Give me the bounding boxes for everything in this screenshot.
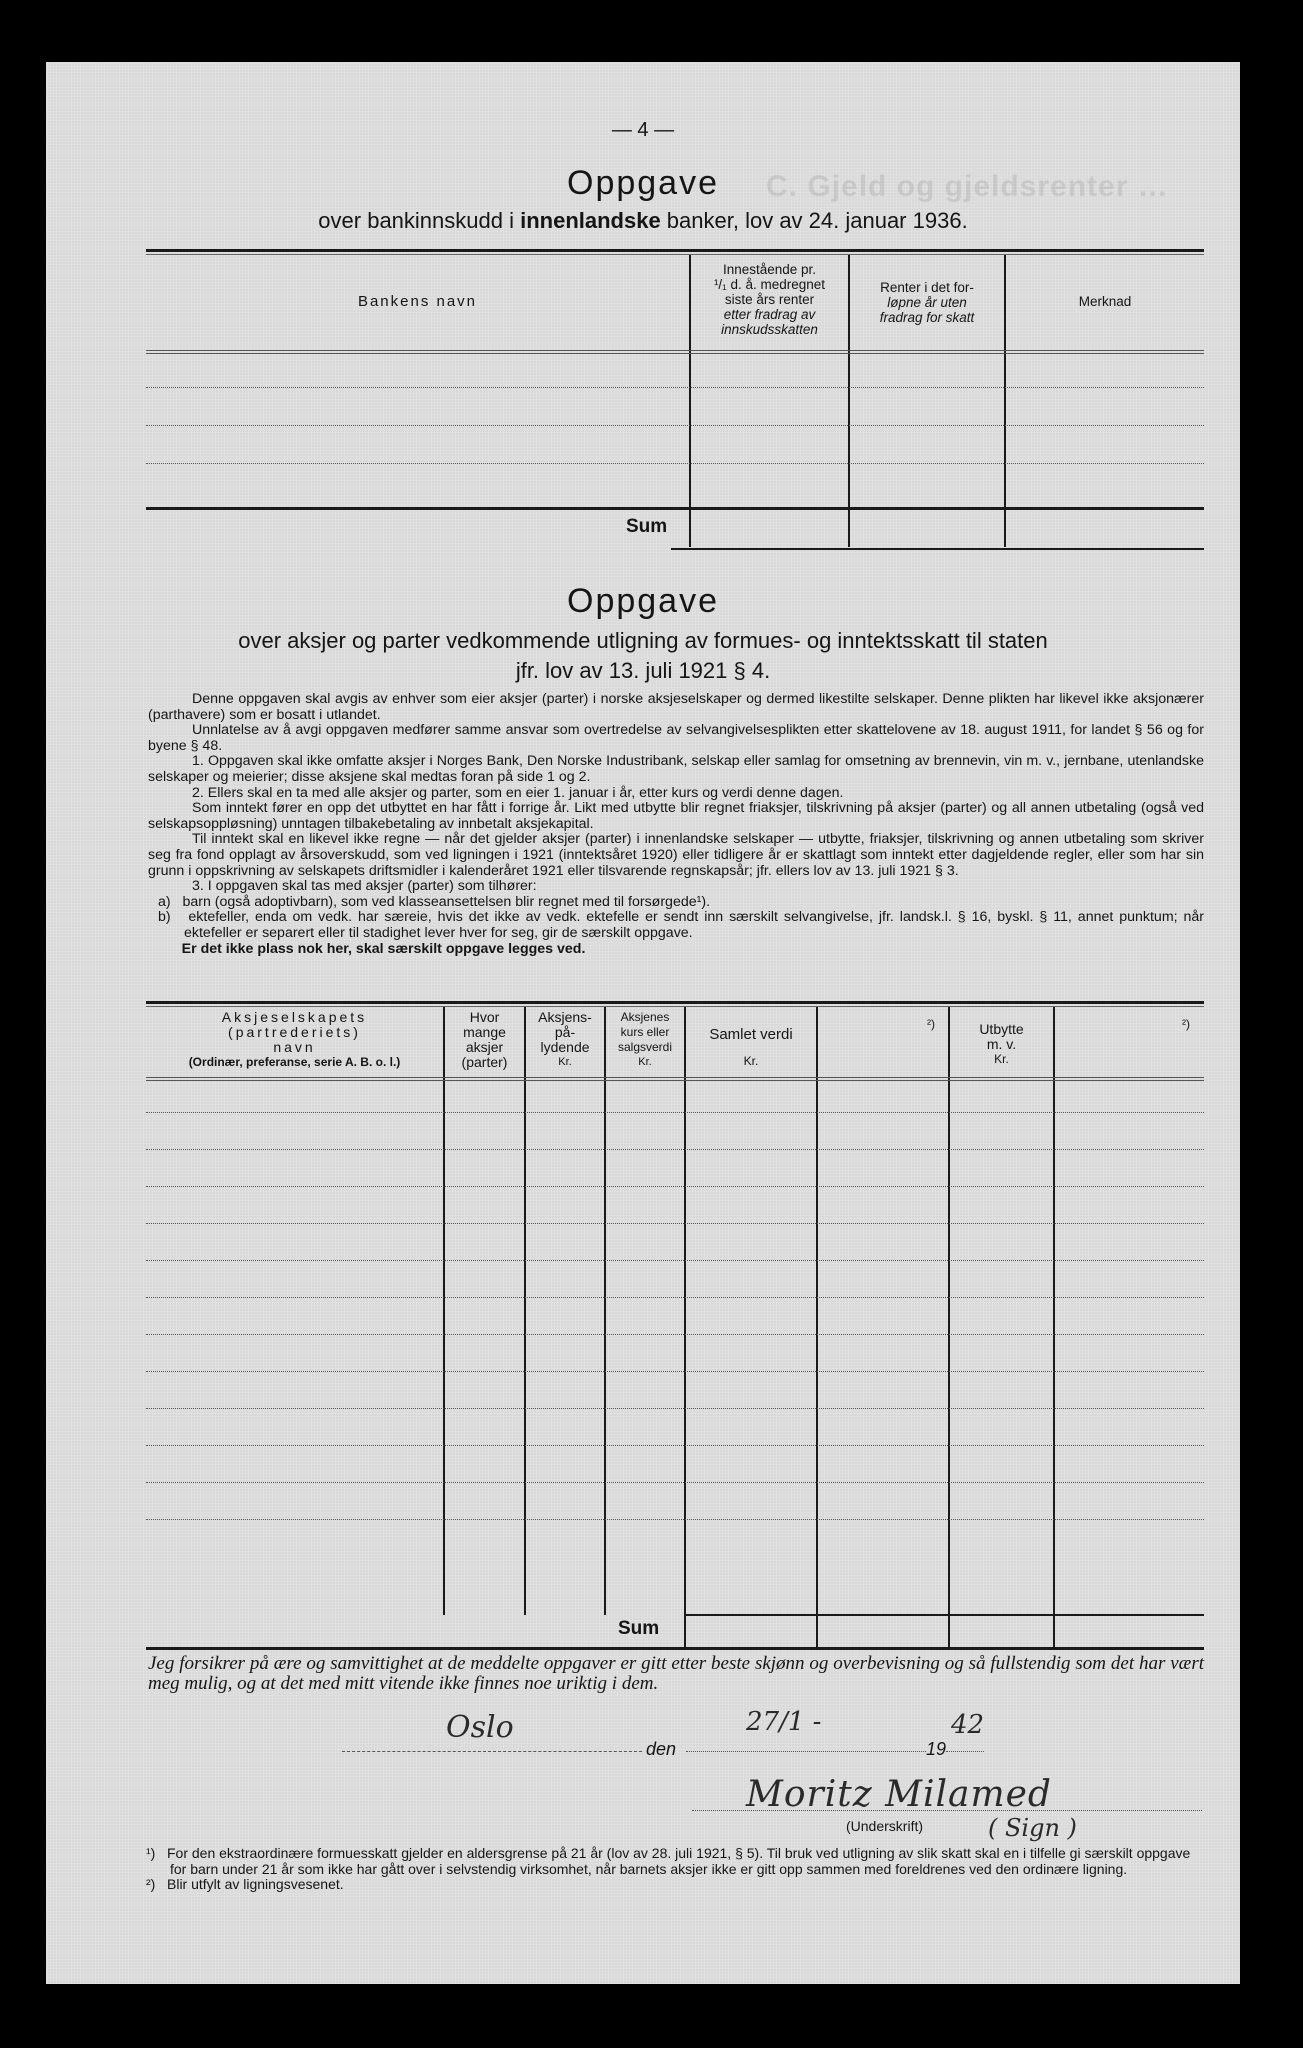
instructions-text: Denne oppgaven skal avgis av enhver som …: [148, 692, 1204, 957]
paragraph: Denne oppgaven skal avgis av enhver som …: [148, 692, 1204, 723]
year-prefix: 19: [926, 1739, 946, 1760]
list-item: b) ektefeller, enda om vedk. har særeie,…: [148, 910, 1204, 941]
col-header-dividend: Utbyttem. v.Kr.: [950, 1022, 1053, 1067]
table-row[interactable]: [146, 392, 1204, 430]
header-line: Innestående pr.: [691, 262, 848, 277]
sum-cell-balance[interactable]: [691, 511, 848, 545]
table-row[interactable]: [146, 1489, 1204, 1526]
notice: Er det ikke plass nok her, skal særskilt…: [148, 942, 1204, 958]
header-line: (Ordinær, preferanse, serie A. B. o. l.): [146, 1055, 443, 1070]
table-row[interactable]: [146, 1267, 1204, 1304]
col-header-par-value: Aksjens-på-lydendeKr.: [526, 1010, 604, 1070]
col-header-share-count: Hvormangeaksjer(parter): [445, 1010, 524, 1070]
section2-subtitle-law: jfr. lov av 13. juli 1921 § 4.: [46, 658, 1240, 684]
col-header-note: Merknad: [1006, 294, 1204, 309]
header-line: siste års renter: [691, 292, 848, 307]
paragraph: Som inntekt fører en opp det utbyttet en…: [148, 801, 1204, 832]
header-line: Renter i det for-: [850, 280, 1004, 295]
subtitle-emphasis: innenlandske: [520, 208, 661, 233]
year-field[interactable]: 42: [951, 1710, 984, 1740]
sum-label: Sum: [618, 1618, 659, 1640]
col-header-balance: Innestående pr. ¹/₁ d. å. medregnet sist…: [691, 262, 848, 337]
col-header-interest: Renter i det for- løpne år uten fradrag …: [850, 280, 1004, 325]
footnote-2: ²) Blir utfylt av ligningsvesenet.: [146, 1877, 1204, 1893]
sum-cell-dividend[interactable]: [950, 1617, 1053, 1645]
header-line: etter fradrag av: [691, 307, 848, 322]
table-row[interactable]: [146, 1119, 1204, 1156]
sum-label: Sum: [626, 516, 667, 538]
col-header-assessor-2: ²): [1171, 1017, 1201, 1032]
table-row[interactable]: [146, 1230, 1204, 1267]
sum-cell-total-value[interactable]: [686, 1617, 816, 1645]
table-row[interactable]: [146, 1341, 1204, 1378]
table-row[interactable]: [146, 430, 1204, 468]
table-row[interactable]: [146, 1082, 1204, 1119]
header-line: (partrederiets): [146, 1025, 443, 1040]
table-row[interactable]: [146, 1156, 1204, 1193]
table-row[interactable]: [146, 1304, 1204, 1341]
table-row[interactable]: [146, 1415, 1204, 1452]
paragraph: 2. Ellers skal en ta med alle aksjer og …: [148, 786, 1204, 802]
den-label: den: [646, 1739, 676, 1760]
col-header-assessor-1: ²): [916, 1017, 946, 1032]
paragraph: Til inntekt skal en likevel ikke regne —…: [148, 832, 1204, 879]
col-header-total-value: Samlet verdiKr.: [686, 1027, 816, 1069]
declaration-text: Jeg forsikrer på ære og samvittighet at …: [148, 1654, 1204, 1694]
header-line: ¹/₁ d. å. medregnet: [691, 277, 848, 292]
table-row[interactable]: [146, 1378, 1204, 1415]
sum-cell-interest[interactable]: [850, 511, 1004, 545]
signature-label: (Underskrift): [846, 1818, 923, 1834]
header-line: løpne år uten: [850, 295, 1004, 310]
section2-title: Oppgave: [46, 582, 1240, 621]
col-header-bank-name: Bankens navn: [146, 294, 689, 309]
table-row[interactable]: [146, 354, 1204, 392]
signature-field[interactable]: Moritz Milamed: [746, 1774, 1052, 1815]
section1-subtitle: over bankinnskudd i innenlandske banker,…: [46, 208, 1240, 234]
header-line: Aksjeselskapets: [146, 1010, 443, 1025]
header-line: fradrag for skatt: [850, 310, 1004, 325]
sign-note: ( Sign ): [988, 1814, 1077, 1842]
col-header-company-name: Aksjeselskapets (partrederiets) navn (Or…: [146, 1010, 443, 1070]
section2-subtitle: over aksjer og parter vedkommende utlign…: [46, 628, 1240, 654]
footnote-1: ¹) For den ekstraordinære formuesskatt g…: [146, 1846, 1204, 1877]
col-header-market-value: Aksjeneskurs ellersalgsverdiKr.: [606, 1010, 684, 1070]
paragraph: 3. I oppgaven skal tas med aksjer (parte…: [148, 879, 1204, 895]
subtitle-text: over bankinnskudd i: [318, 208, 520, 233]
document-page: C. Gjeld og gjeldsrenter … — 4 — Oppgave…: [46, 62, 1240, 1984]
header-line: innskudsskatten: [691, 322, 848, 337]
date-field[interactable]: 27/1 -: [746, 1707, 821, 1737]
subtitle-text: banker, lov av 24. januar 1936.: [661, 208, 968, 233]
list-item: a) barn (også adoptivbarn), som ved klas…: [148, 895, 1204, 911]
place-field[interactable]: Oslo: [446, 1710, 514, 1745]
footnotes: ¹) For den ekstraordinære formuesskatt g…: [146, 1846, 1204, 1893]
page-number: — 4 —: [46, 119, 1240, 142]
paragraph: 1. Oppgaven skal ikke omfatte aksjer i N…: [148, 754, 1204, 785]
paragraph: Unnlatelse av å avgi oppgaven medfører s…: [148, 723, 1204, 754]
header-line: navn: [146, 1040, 443, 1055]
table-row[interactable]: [146, 1193, 1204, 1230]
section1-title: Oppgave: [46, 164, 1240, 203]
table-row[interactable]: [146, 1452, 1204, 1489]
